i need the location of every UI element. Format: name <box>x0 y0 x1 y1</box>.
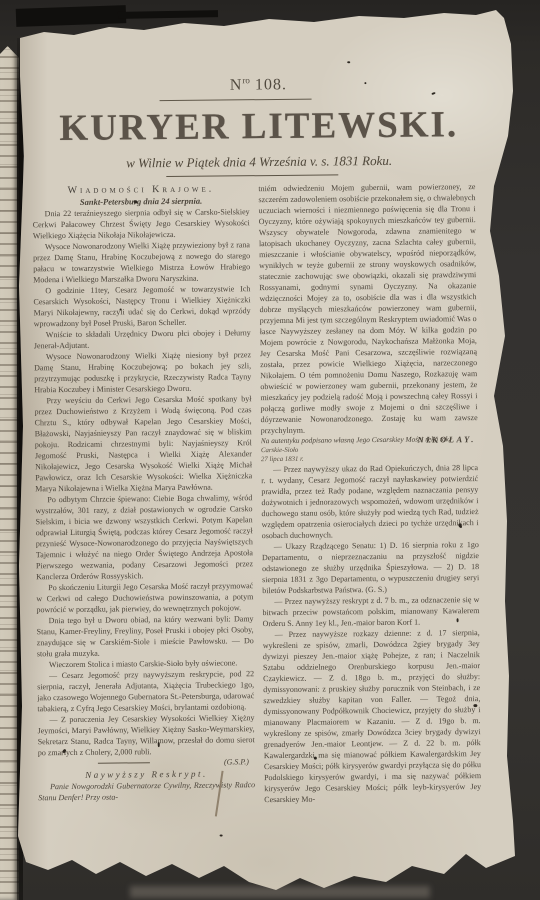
ukaz-paragraph: — Przez naywyższy ukaz do Rad Opiekuńczy… <box>261 462 479 541</box>
article-columns: Wiadomości Krajowe. Sankt-Petersburg dni… <box>32 181 481 825</box>
source-credit: (G.S.P.) <box>224 756 249 767</box>
body-paragraph: Dnia 22 teraźnieyszego sierpnia odbył si… <box>33 206 250 241</box>
ink-speck <box>120 308 122 310</box>
ink-speck <box>457 618 459 622</box>
dateline-rule <box>166 174 338 177</box>
ink-speck <box>473 704 477 707</box>
body-paragraph: Po skończeniu Liturgii Jego Cesarska Moś… <box>36 580 253 615</box>
issue-rule <box>160 99 312 101</box>
issue-prefix: N <box>230 77 243 94</box>
reskrypt-korf-paragraph: — Przez naywyższy reskrypt z d. 7 b. m.,… <box>262 594 479 629</box>
rescript-opening: Panie Nowgorodzki Gubernatorze Cywilny, … <box>38 779 255 803</box>
masthead-issue-number: Nro 108. <box>13 73 503 97</box>
body-paragraph: — Cesarz Jegomość przy naywyższym reskry… <box>37 668 254 714</box>
senate-ukazy-paragraph: — Ukazy Rządzącego Senatu: 1) D. 16 sier… <box>262 539 480 596</box>
body-paragraph: Wysoce Nowonarodzony Wielki Xiążę niesio… <box>34 349 251 395</box>
body-paragraph: Po odbytym Chrzcie śpiewano: Ciebie Boga… <box>35 492 253 582</box>
body-paragraph: O godzinie 11tey, Cesarz Jegomość w towa… <box>33 283 250 329</box>
masthead-title: KURYER LITEWSKI. <box>14 103 504 151</box>
ink-speck <box>347 61 350 63</box>
body-paragraph: Wniście to składali Urzędnicy Dworu płci… <box>34 327 251 351</box>
page-content: Nro 108. KURYER LITEWSKI. w Wilnie w Pią… <box>13 4 526 900</box>
signature-block: Na autentyku podpisano własną Jego Cesar… <box>261 434 478 464</box>
scanned-newspaper-view: Nro 108. KURYER LITEWSKI. w Wilnie w Pią… <box>0 0 540 900</box>
body-paragraph: Wysoce Nowonarodzony Wielki Xiążę przywi… <box>33 239 250 285</box>
newspaper-page: Nro 108. KURYER LITEWSKI. w Wilnie w Pią… <box>14 6 518 898</box>
masthead-dateline: w Wilnie w Piątek dnia 4 Września v. s. … <box>14 152 504 173</box>
binding-shadow-band <box>16 5 127 27</box>
torn-bottom-glow <box>130 886 430 898</box>
ink-speck <box>364 82 366 84</box>
binding-shadow-band-tail <box>118 10 218 19</box>
section-heading: Wiadomości Krajowe. <box>32 183 249 196</box>
credit-rule <box>98 762 150 763</box>
rescript-continuation: tniém odwiedzeniu Mojem gubernii, wam po… <box>258 181 477 436</box>
body-paragraph: Dnia tego był u Dworu obiad, na który we… <box>36 613 253 659</box>
column-left: Wiadomości Krajowe. Sankt-Petersburg dni… <box>32 183 255 825</box>
column-right: tniém odwiedzeniu Mojem gubernii, wam po… <box>258 181 481 823</box>
credit-row: (G.S.P.) <box>38 756 255 769</box>
body-paragraph: — Z poruczenia Jey Cesarskiey Wysokości … <box>37 712 254 758</box>
ink-speck <box>431 92 435 95</box>
ink-speck <box>220 835 223 837</box>
ink-speck <box>314 757 317 760</box>
ink-speck <box>158 742 160 747</box>
issue-value: 108. <box>250 76 287 93</box>
issue-superscript: ro <box>242 75 250 85</box>
body-paragraph: Przy weyściu do Cerkwi Jego Cesarska Moś… <box>34 393 252 494</box>
daily-orders-paragraph: — Przez naywyższe rozkazy dzienne: z d. … <box>263 627 482 805</box>
